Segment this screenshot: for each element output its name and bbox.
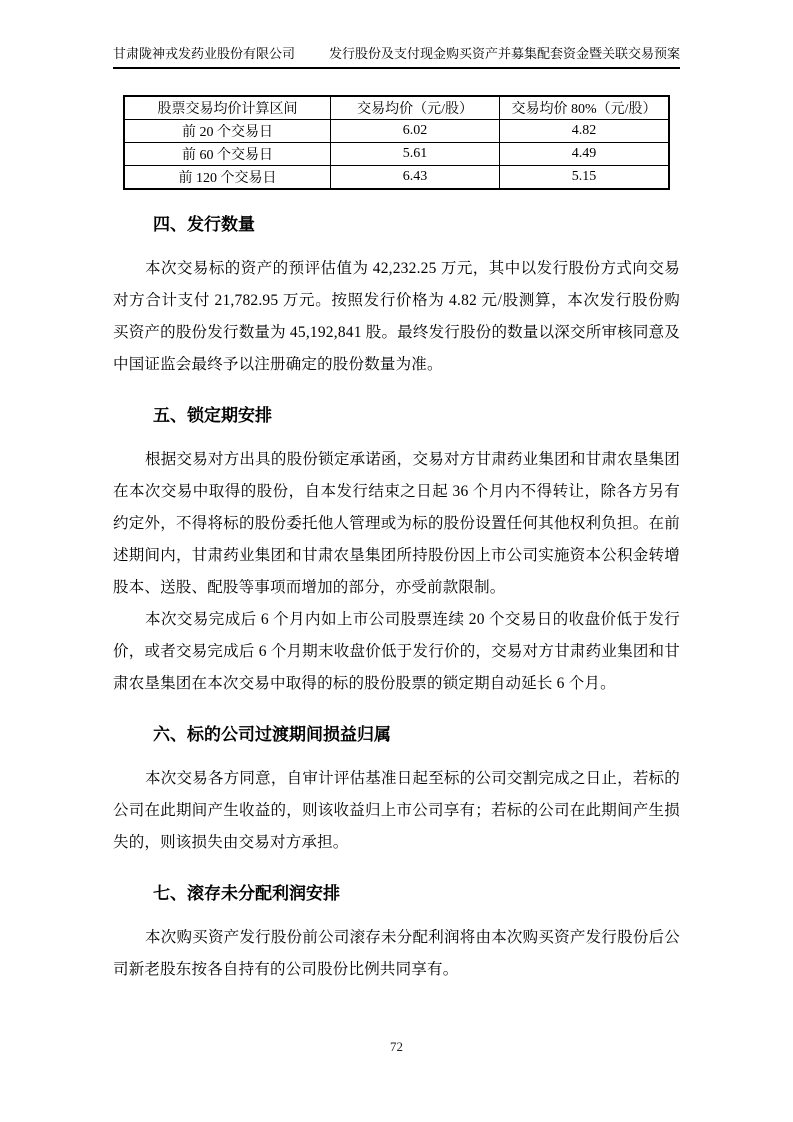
section-heading-retained-profit-arrangement: 七、滚存未分配利润安排 (113, 883, 680, 904)
column-header-average-price: 交易均价（元/股） (331, 96, 500, 120)
cell-average-price: 6.02 (331, 120, 500, 143)
document-page: 甘肃陇神戎发药业股份有限公司 发行股份及支付现金购买资产并募集配套资金暨关联交易… (0, 0, 793, 1122)
header-doc-title: 发行股份及支付现金购买资产并募集配套资金暨关联交易预案 (329, 46, 680, 62)
section-issue-quantity: 四、发行数量 本次交易标的资产的预评估值为 42,232.25 万元，其中以发行… (113, 214, 680, 381)
cell-average-price-80pct: 5.15 (500, 166, 669, 190)
section-lockup-arrangement: 五、锁定期安排 根据交易对方出具的股份锁定承诺函，交易对方甘肃药业集团和甘肃农垦… (113, 405, 680, 700)
cell-interval: 前 120 个交易日 (124, 166, 331, 190)
table-row: 前 120 个交易日 6.43 5.15 (124, 166, 669, 190)
table-header-row: 股票交易均价计算区间 交易均价（元/股） 交易均价 80%（元/股） (124, 96, 669, 120)
header-company-name: 甘肃陇神戎发药业股份有限公司 (113, 46, 295, 62)
section-transition-period-pnl: 六、标的公司过渡期间损益归属 本次交易各方同意，自审计评估基准日起至标的公司交割… (113, 724, 680, 859)
paragraph: 本次购买资产发行股份前公司滚存未分配利润将由本次购买资产发行股份后公司新老股东按… (113, 922, 680, 986)
column-header-average-price-80pct: 交易均价 80%（元/股） (500, 96, 669, 120)
table-row: 前 60 个交易日 5.61 4.49 (124, 143, 669, 166)
average-price-table: 股票交易均价计算区间 交易均价（元/股） 交易均价 80%（元/股） 前 20 … (123, 95, 670, 190)
cell-average-price-80pct: 4.49 (500, 143, 669, 166)
section-heading-transition-period-pnl: 六、标的公司过渡期间损益归属 (113, 724, 680, 745)
paragraph: 根据交易对方出具的股份锁定承诺函，交易对方甘肃药业集团和甘肃农垦集团在本次交易中… (113, 444, 680, 604)
paragraph: 本次交易完成后 6 个月内如上市公司股票连续 20 个交易日的收盘价低于发行价，… (113, 604, 680, 700)
section-retained-profit-arrangement: 七、滚存未分配利润安排 本次购买资产发行股份前公司滚存未分配利润将由本次购买资产… (113, 883, 680, 986)
page-header: 甘肃陇神戎发药业股份有限公司 发行股份及支付现金购买资产并募集配套资金暨关联交易… (113, 46, 680, 69)
column-header-interval: 股票交易均价计算区间 (124, 96, 331, 120)
cell-average-price-80pct: 4.82 (500, 120, 669, 143)
paragraph: 本次交易各方同意，自审计评估基准日起至标的公司交割完成之日止，若标的公司在此期间… (113, 763, 680, 859)
cell-interval: 前 60 个交易日 (124, 143, 331, 166)
cell-interval: 前 20 个交易日 (124, 120, 331, 143)
cell-average-price: 5.61 (331, 143, 500, 166)
section-heading-issue-quantity: 四、发行数量 (113, 214, 680, 235)
page-number: 72 (0, 1039, 793, 1055)
table-row: 前 20 个交易日 6.02 4.82 (124, 120, 669, 143)
paragraph: 本次交易标的资产的预评估值为 42,232.25 万元，其中以发行股份方式向交易… (113, 253, 680, 381)
section-heading-lockup-arrangement: 五、锁定期安排 (113, 405, 680, 426)
cell-average-price: 6.43 (331, 166, 500, 190)
